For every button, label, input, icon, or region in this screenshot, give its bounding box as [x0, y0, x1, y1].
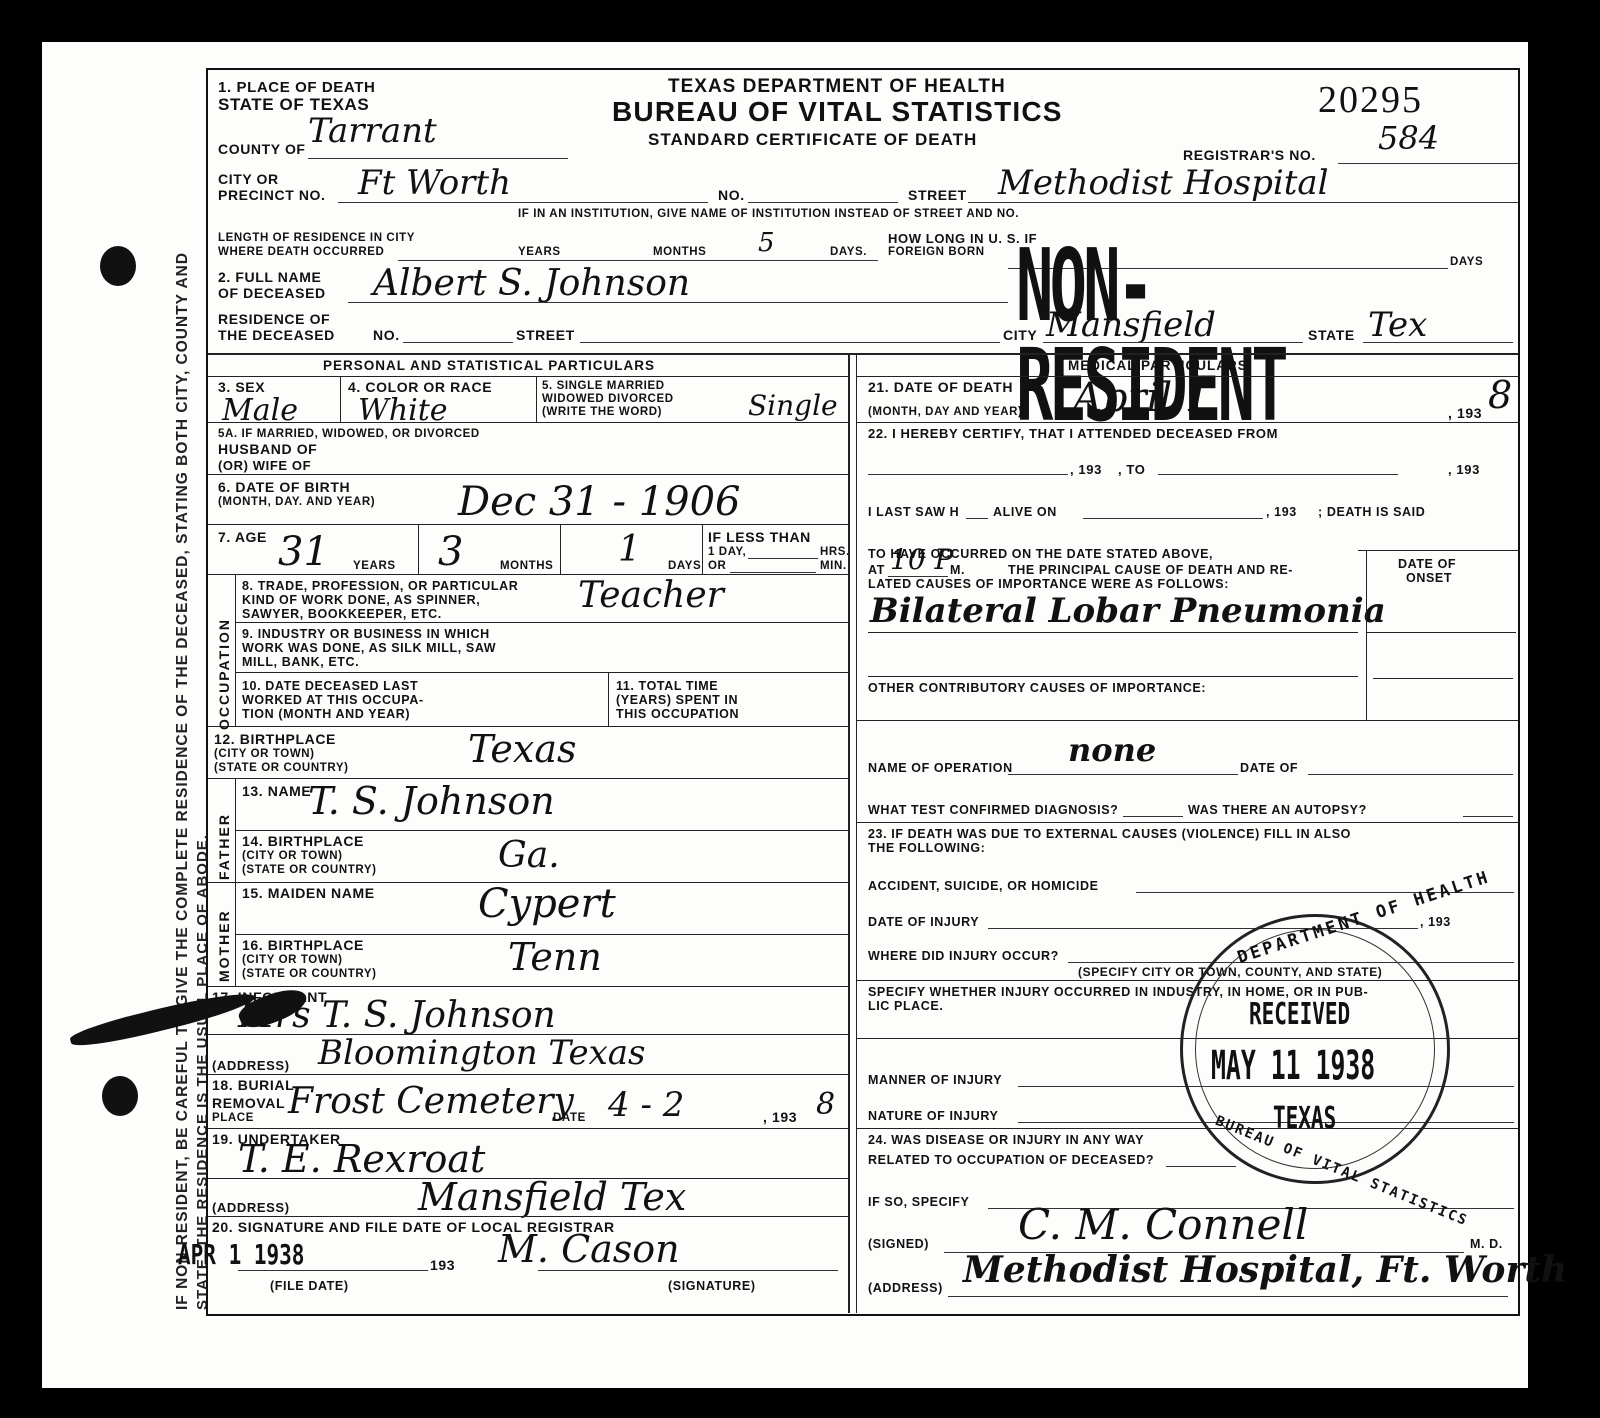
residence-label-2: THE DECEASED [218, 328, 335, 343]
street-value: Methodist Hospital [998, 166, 1329, 200]
full-name-label-1: 2. FULL NAME [218, 270, 321, 285]
external-causes-label-2: THE FOLLOWING: [868, 842, 985, 856]
mother-birthplace-label-1: 16. BIRTHPLACE [242, 938, 364, 953]
months-label: MONTHS [653, 246, 706, 260]
specify-injury-label-2: LIC PLACE. [868, 1000, 943, 1014]
residence-street-label: STREET [516, 328, 575, 343]
autopsy-label: WAS THERE AN AUTOPSY? [1188, 804, 1367, 818]
less-than-label: IF LESS THAN [708, 530, 811, 545]
last-saw-label: I LAST SAW H [868, 506, 959, 520]
test-label: WHAT TEST CONFIRMED DIAGNOSIS? [868, 804, 1118, 818]
age-label: 7. AGE [218, 530, 267, 545]
operation-value: none [1068, 734, 1156, 766]
m-label: M. [950, 564, 965, 578]
mother-birthplace-label-2: (CITY OR TOWN) [242, 954, 343, 968]
burial-date-value: 4 - 2 [608, 1088, 684, 1122]
industry-label-1: 9. INDUSTRY OR BUSINESS IN WHICH [242, 628, 490, 642]
dod-year-prefix: , 193 [1448, 406, 1482, 421]
file-date-label: (FILE DATE) [270, 1280, 349, 1294]
burial-year-prefix: , 193 [763, 1110, 797, 1125]
death-certificate-form: 1. PLACE OF DEATH STATE OF TEXAS TEXAS D… [206, 68, 1520, 1316]
burial-place-value: Frost Cemetery [288, 1084, 574, 1120]
or-label: OR [708, 560, 726, 574]
to-year-label: , 193 [1448, 462, 1480, 477]
father-birthplace-label-2: (CITY OR TOWN) [242, 850, 343, 864]
mother-side-label: MOTHER [216, 909, 232, 982]
injury-date-label: DATE OF INJURY [868, 916, 979, 930]
trade-label-2: KIND OF WORK DONE, AS SPINNER, [242, 594, 480, 608]
related-label-2: RELATED TO OCCUPATION OF DECEASED? [868, 1154, 1154, 1168]
signature-label: (SIGNATURE) [668, 1280, 756, 1294]
dod-label-1: 21. DATE OF DEATH [868, 380, 1013, 395]
residence-city-value: Mansfield [1046, 308, 1216, 342]
informant-address-label: (ADDRESS) [212, 1058, 290, 1073]
dod-year-digit: 8 [1488, 376, 1512, 414]
total-time-label-1: 11. TOTAL TIME [616, 680, 718, 694]
informant-address-value: Bloomington Texas [318, 1036, 645, 1070]
at-label: AT [868, 564, 885, 578]
mother-maiden-label: 15. MAIDEN NAME [242, 886, 375, 901]
undertaker-address-value: Mansfield Tex [418, 1178, 686, 1216]
age-months-label: MONTHS [500, 560, 553, 574]
no-label: NO. [718, 188, 745, 203]
burial-label-2: REMOVAL [212, 1096, 285, 1111]
age-months-value: 3 [438, 532, 463, 572]
dob-label-2: (MONTH, DAY. AND YEAR) [218, 496, 375, 510]
residence-state-label: STATE [1308, 328, 1355, 343]
last-worked-label-3: TION (MONTH AND YEAR) [242, 708, 410, 722]
full-name-value: Albert S. Johnson [373, 266, 690, 302]
state-of-texas-label: STATE OF TEXAS [218, 97, 369, 112]
if-so-label: IF SO, SPECIFY [868, 1196, 969, 1210]
dob-value: Dec 31 - 1906 [458, 482, 741, 522]
where-injury-label: WHERE DID INJURY OCCUR? [868, 950, 1059, 964]
full-name-label-2: OF DECEASED [218, 286, 326, 301]
residence-days-value: 5 [758, 230, 775, 256]
min-label: MIN. [820, 560, 847, 574]
manner-injury-label: MANNER OF INJURY [868, 1074, 1002, 1088]
marital-label-3: (WRITE THE WORD) [542, 406, 662, 420]
file-number: 20295 [1318, 78, 1423, 122]
marital-label-2: WIDOWED DIVORCED [542, 393, 674, 407]
personal-section-title: PERSONAL AND STATISTICAL PARTICULARS [323, 358, 655, 373]
burial-year-digit: 8 [816, 1090, 835, 1120]
birthplace-label-2: (CITY OR TOWN) [214, 748, 315, 762]
cause-label-2: LATED CAUSES OF IMPORTANCE WERE AS FOLLO… [868, 578, 1229, 592]
birthplace-label-3: (STATE OR COUNTRY) [214, 762, 349, 776]
father-birthplace-label-1: 14. BIRTHPLACE [242, 834, 364, 849]
burial-label-3: PLACE [212, 1112, 254, 1126]
burial-date-label: DATE [553, 1112, 586, 1126]
injury-year-label: , 193 [1420, 916, 1451, 930]
physician-address-value: Methodist Hospital, Ft. Worth [963, 1252, 1567, 1288]
mother-birthplace-value: Tenn [508, 938, 602, 976]
cause-label-1: THE PRINCIPAL CAUSE OF DEATH AND RE- [1008, 564, 1293, 578]
certify-label: 22. I HEREBY CERTIFY, THAT I ATTENDED DE… [868, 426, 1278, 441]
dod-label-2: (MONTH, DAY AND YEAR) [868, 406, 1022, 420]
registrar-signature-value: M. Cason [498, 1230, 680, 1268]
age-days-label: DAYS [668, 560, 701, 574]
physician-address-label: (ADDRESS) [868, 1282, 943, 1296]
marital-label-1: 5. SINGLE MARRIED [542, 380, 665, 394]
punch-hole-bottom [102, 1076, 138, 1116]
industry-label-3: MILL, BANK, ETC. [242, 656, 359, 670]
residence-length-label-1: LENGTH OF RESIDENCE IN CITY [218, 232, 415, 246]
last-worked-label-1: 10. DATE DECEASED LAST [242, 680, 418, 694]
us-residence-label-1: HOW LONG IN U. S. IF [888, 232, 1037, 246]
occupation-side-label: OCCUPATION [216, 618, 232, 730]
received-seal-stamp: DEPARTMENT OF HEALTH RECEIVED MAY 11 193… [1180, 914, 1450, 1184]
undertaker-address-label: (ADDRESS) [212, 1200, 290, 1215]
county-value: Tarrant [308, 114, 437, 148]
birthplace-label-1: 12. BIRTHPLACE [214, 732, 336, 747]
age-years-value: 31 [278, 532, 329, 572]
hrs-label: HRS. [820, 546, 850, 560]
seal-received: RECEIVED [1249, 997, 1350, 1032]
father-name-value: T. S. Johnson [308, 782, 555, 820]
seal-date: MAY 11 1938 [1211, 1043, 1375, 1089]
last-worked-label-2: WORKED AT THIS OCCUPA- [242, 694, 424, 708]
city-label-2: PRECINCT NO. [218, 188, 326, 203]
trade-value: Teacher [578, 578, 724, 614]
accident-label: ACCIDENT, SUICIDE, OR HOMICIDE [868, 880, 1099, 894]
county-label: COUNTY OF [218, 142, 306, 157]
signed-label: (SIGNED) [868, 1238, 929, 1252]
department-title: TEXAS DEPARTMENT OF HEALTH [668, 76, 1006, 98]
residence-label-1: RESIDENCE OF [218, 312, 330, 327]
spouse-label-1: 5A. IF MARRIED, WIDOWED, OR DIVORCED [218, 428, 480, 442]
file-date-stamp: APR 1 1938 [178, 1238, 304, 1271]
operation-label: NAME OF OPERATION [868, 762, 1013, 776]
years-label: YEARS [518, 246, 561, 260]
father-name-label: 13. NAME [242, 784, 311, 799]
total-time-label-2: (YEARS) SPENT IN [616, 694, 738, 708]
last-saw-year: , 193 [1266, 506, 1297, 520]
alive-on-label: ALIVE ON [993, 506, 1057, 520]
nature-injury-label: NATURE OF INJURY [868, 1110, 998, 1124]
residence-no-label: NO. [373, 328, 400, 343]
us-residence-label-2: FOREIGN BORN [888, 246, 985, 260]
father-birthplace-value: Ga. [498, 838, 560, 874]
other-causes-label: OTHER CONTRIBUTORY CAUSES OF IMPORTANCE: [868, 682, 1206, 696]
birthplace-value: Texas [468, 730, 576, 768]
trade-label-3: SAWYER, BOOKKEEPER, ETC. [242, 608, 442, 622]
death-said-label: ; DEATH IS SAID [1318, 506, 1425, 520]
medical-section-title: MEDICAL PARTICULARS [1068, 358, 1248, 373]
us-days-label: DAYS [1450, 256, 1483, 270]
trade-label-1: 8. TRADE, PROFESSION, OR PARTICULAR [242, 580, 518, 594]
registrar-number-value: 584 [1378, 122, 1439, 154]
city-label-1: CITY OR [218, 172, 279, 187]
city-value: Ft Worth [358, 166, 511, 200]
onset-label-1: DATE OF [1398, 558, 1456, 572]
days-label: DAYS. [830, 246, 867, 260]
residence-city-label: CITY [1003, 328, 1037, 343]
punch-hole-top [100, 246, 136, 286]
operation-date-label: DATE OF [1240, 762, 1298, 776]
street-label: STREET [908, 188, 967, 203]
dod-value: April 1 [1073, 378, 1210, 418]
dob-label-1: 6. DATE OF BIRTH [218, 480, 350, 495]
spouse-label-2: HUSBAND OF [218, 442, 317, 457]
father-birthplace-label-3: (STATE OR COUNTRY) [242, 864, 377, 878]
burial-label-1: 18. BURIAL [212, 1078, 294, 1093]
bureau-title: BUREAU OF VITAL STATISTICS [612, 96, 1063, 128]
age-days-value: 1 [618, 532, 641, 568]
from-year-label: , 193 [1070, 462, 1102, 477]
registrar-year-prefix: 193 [430, 1258, 455, 1273]
institution-note: IF IN AN INSTITUTION, GIVE NAME OF INSTI… [518, 208, 1019, 222]
certificate-subtitle: STANDARD CERTIFICATE OF DEATH [648, 130, 977, 150]
time-of-death-value: 10 P [890, 546, 953, 574]
physician-signature-value: C. M. Connell [1018, 1204, 1308, 1246]
mother-maiden-value: Cypert [478, 884, 616, 924]
one-day-label: 1 DAY, [708, 546, 746, 560]
industry-label-2: WORK WAS DONE, AS SILK MILL, SAW [242, 642, 496, 656]
undertaker-name-value: T. E. Rexroat [238, 1140, 485, 1178]
external-causes-label-1: 23. IF DEATH WAS DUE TO EXTERNAL CAUSES … [868, 828, 1351, 842]
spouse-label-3: (OR) WIFE OF [218, 458, 311, 473]
seal-state: TEXAS [1273, 1101, 1336, 1136]
mother-birthplace-label-3: (STATE OR COUNTRY) [242, 968, 377, 982]
to-label: , TO [1118, 462, 1145, 477]
registrar-number-label: REGISTRAR'S NO. [1183, 148, 1316, 163]
onset-label-2: ONSET [1406, 572, 1452, 586]
related-label-1: 24. WAS DISEASE OR INJURY IN ANY WAY [868, 1134, 1144, 1148]
father-side-label: FATHER [216, 813, 232, 880]
total-time-label-3: THIS OCCUPATION [616, 708, 739, 722]
margin-instruction-line1: IF NON-RESIDENT, BE CAREFUL TO GIVE THE … [174, 252, 192, 1310]
age-years-label: YEARS [353, 560, 396, 574]
place-of-death-label: 1. PLACE OF DEATH [218, 80, 375, 95]
residence-length-label-2: WHERE DEATH OCCURRED [218, 246, 384, 260]
residence-state-value: Tex [1368, 308, 1427, 342]
marital-value: Single [748, 392, 838, 420]
cause-of-death-value: Bilateral Lobar Pneumonia [870, 594, 1386, 628]
